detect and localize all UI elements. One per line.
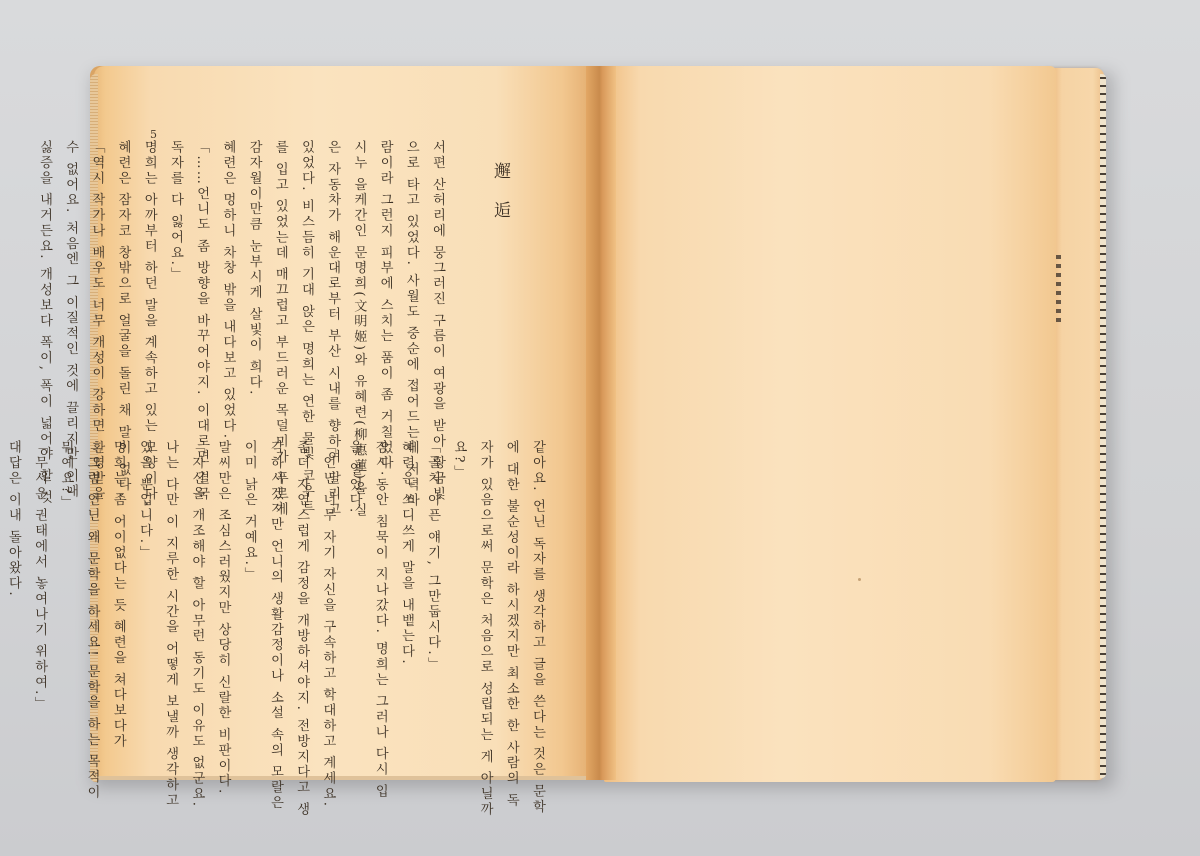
text-column: 수 없어요. 처음엔 그 이질적인 것에 끌리지만 이내 (57, 140, 83, 440)
text-column: 혜련은 쓰디쓰게 말을 내뱉는다. (393, 440, 419, 740)
text-column: 「……언니도 좀 방향을 바꾸어야지. 이대로면 결국 (188, 140, 214, 440)
text-column: 시누 을케간인 문명희(文明姬)와 유혜련(柳惠蓮)을 실 (345, 140, 371, 440)
right-page-blank (604, 66, 1056, 782)
text-column: 서편 산허리에 뭉그러진 구름이 여광을 받아 황금빛 (424, 140, 450, 440)
text-column: 「언닌 너무 자기 자신을 구속하고 학대하고 계세요. (314, 440, 340, 740)
text-column: 자가 있음으로써 문학은 처음으로 성립되는 게 아닐까 (471, 440, 497, 740)
text-column: 요?」 (445, 440, 471, 740)
text-column: 를 입고 있었는데 매끄럽고 부드러운 목덜미가 푸르게 (267, 140, 293, 440)
text-column: 「무서운 권태에서 놓여나기 위하여.」 (26, 440, 52, 740)
text-column: 나는 다만 이 지루한 시간을 어떻게 보낼까 생각하고 (157, 440, 183, 740)
paper-speck (858, 578, 861, 581)
text-column: 대답은 이내 돌아왔다. (0, 440, 26, 740)
text-column: 「자신을 개조해야 할 아무런 동기도 이유도 없군요. (183, 440, 209, 740)
text-column: 「역시 작가나 배우도 너무 개성이 강하면 환영받을 (83, 140, 109, 440)
text-column: 같아요. 언닌 독자를 생각하고 글을 쓴다는 것은 문학 (524, 440, 550, 740)
text-column: 각하시겠지만 언니의 생활감정이나 소설 속의 모랄은 (262, 440, 288, 740)
text-column: 혜련은 멍하니 차창 밖을 내다보고 있었다. (214, 140, 240, 440)
text-column: 람이라 그런지 피부에 스치는 품이 좀 거칠었다. (371, 140, 397, 440)
text-column: 독자를 다 잃어요.」 (162, 140, 188, 440)
text-column: 혜련은 잠자코 창밖으로 얼굴을 돌린 채 말이 없다. (109, 140, 135, 440)
text-block-lower: 같아요. 언닌 독자를 생각하고 글을 쓴다는 것은 문학 에 대한 불순성이라… (140, 440, 550, 740)
book-gutter (586, 66, 616, 780)
page-edge-right (1100, 74, 1106, 778)
text-column: 으로 타고 있었다. 사월도 중순에 접어드는데 저녁바 (398, 140, 424, 440)
text-column: 에 대한 불순성이라 하시겠지만 최소한 한 사람의 독 (498, 440, 524, 740)
text-column: 명희는 아까부터 하던 말을 계속하고 있는 모양이다. (136, 140, 162, 440)
chapter-title: 邂逅 (488, 162, 513, 240)
text-column: 말씨만은 조심스러웠지만 상당히 신랄한 비판이다. (209, 440, 235, 740)
text-column: 있었다. 비스듬히 기대 앉은 명희는 연한 물빛 코우트 (293, 140, 319, 440)
text-column: 「그럼 언닌 왜 문학을 하세요! 문학을 하는 목적이 (78, 440, 104, 740)
text-block-upper: 서편 산허리에 뭉그러진 구름이 여광을 받아 황금빛 으로 타고 있었다. 사… (140, 140, 450, 440)
text-column: 싫증을 내거든요. 개성보다 폭이, 폭이 넓어야 할 것 (31, 140, 57, 440)
text-column: 좀더 자연스럽게 감정을 개방하셔야지. 전방지다고 생 (288, 440, 314, 740)
text-column: 뭐예요?」 (52, 440, 78, 740)
text-column: 「골치 아픈 얘기, 그만둡시다.」 (419, 440, 445, 740)
text-column: 감자월이만큼 눈부시게 살빛이 희다. (240, 140, 266, 440)
text-column: 은 자동차가 해운대로부터 부산 시내를 향하여 달리고 (319, 140, 345, 440)
text-column: 있을 뿐입니다.」 (131, 440, 157, 740)
text-column: 을 열었다. (340, 440, 366, 740)
text-column: 잠시 동안 침묵이 지나갔다. 명희는 그러나 다시 입 (367, 440, 393, 740)
text-column: 이미 낡은 거예요.」 (236, 440, 262, 740)
text-column: 명희는 좀 어이없다는 듯 혜련을 쳐다보다가 (105, 440, 131, 740)
right-page-stack (1048, 68, 1104, 780)
